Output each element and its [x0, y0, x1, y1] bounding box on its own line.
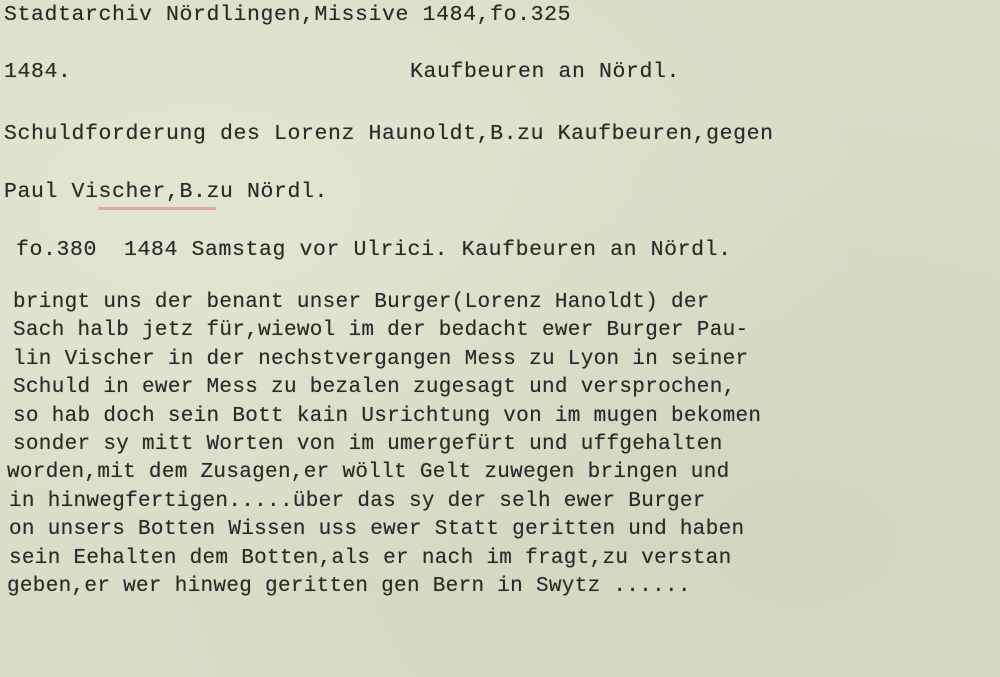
excerpt-line: worden,mit dem Zusagen,er wöllt Gelt zuw…	[7, 461, 730, 484]
excerpt-line: lin Vischer in der nechstvergangen Mess …	[13, 348, 748, 371]
excerpt-line: geben,er wer hinweg geritten gen Bern in…	[7, 575, 691, 598]
document-route: Kaufbeuren an Nördl.	[410, 60, 680, 84]
document-year: 1484.	[4, 60, 72, 84]
excerpt-line: so hab doch sein Bott kain Usrichtung vo…	[13, 405, 761, 428]
summary-line-2: Paul Vischer,B.zu Nördl.	[4, 180, 328, 204]
archive-source-line: Stadtarchiv Nördlingen,Missive 1484,fo.3…	[4, 3, 571, 27]
folio-entry-line: fo.380 1484 Samstag vor Ulrici. Kaufbeur…	[16, 238, 732, 262]
excerpt-line: in hinwegfertigen.....über das sy der se…	[9, 490, 706, 513]
pencil-underline-mark	[98, 207, 216, 210]
summary-line-1: Schuldforderung des Lorenz Haunoldt,B.zu…	[4, 122, 774, 146]
excerpt-line: bringt uns der benant unser Burger(Loren…	[13, 291, 710, 314]
excerpt-line: sonder sy mitt Worten von im umergefürt …	[13, 433, 723, 456]
excerpt-line: on unsers Botten Wissen uss ewer Statt g…	[9, 518, 744, 541]
excerpt-line: sein Eehalten dem Botten,als er nach im …	[9, 547, 732, 570]
summary-suffix: ,B.zu Nördl.	[166, 180, 328, 204]
excerpt-line: Schuld in ewer Mess zu bezalen zugesagt …	[13, 376, 736, 399]
typed-archive-card: Stadtarchiv Nördlingen,Missive 1484,fo.3…	[0, 0, 1000, 677]
excerpt-line: Sach halb jetz für,wiewol im der bedacht…	[13, 319, 748, 342]
marked-name: Vischer	[72, 180, 167, 204]
summary-prefix: Paul	[4, 180, 72, 204]
